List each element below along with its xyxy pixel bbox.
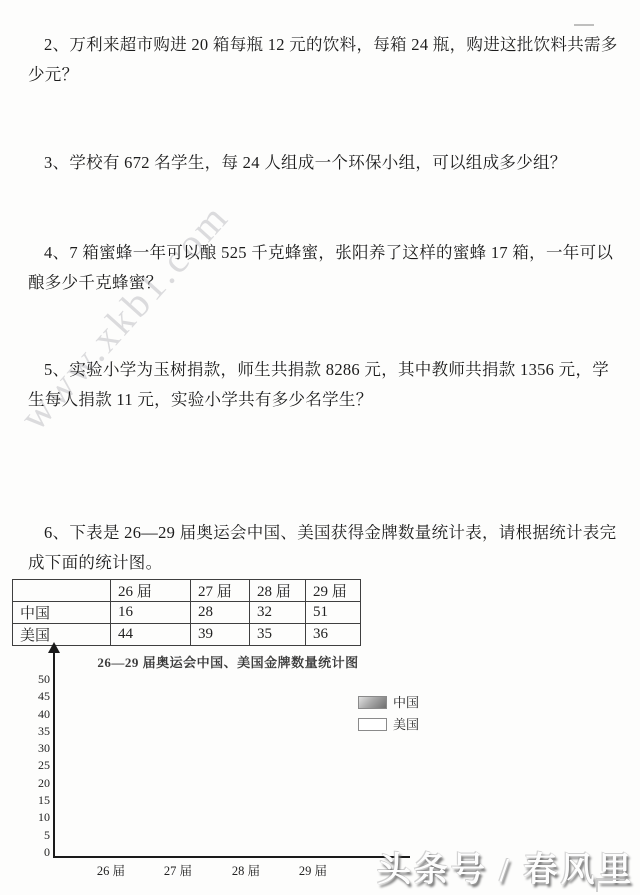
table-header-26: 26 届 [111, 580, 191, 602]
worksheet-page: www.xkb1.com 2、万利来超市购进 20 箱每瓶 12 元的饮料，每箱… [0, 0, 640, 895]
china-29: 51 [306, 602, 361, 624]
y-tick-20: 20 [18, 776, 50, 790]
y-tick-40: 40 [18, 707, 50, 721]
x-label-29: 29 届 [285, 861, 341, 879]
y-tick-0: 0 [18, 845, 50, 859]
x-label-28: 28 届 [218, 861, 274, 879]
table-header-28: 28 届 [250, 580, 306, 602]
corner-bracket-mark [596, 878, 620, 892]
question-4: 4、7 箱蜜蜂一年可以酿 525 千克蜂蜜，张阳养了这样的蜜蜂 17 箱，一年可… [28, 238, 620, 298]
medal-table: 26 届 27 届 28 届 29 届 中国 16 28 32 51 美国 44… [12, 579, 361, 646]
y-tick-15: 15 [18, 793, 50, 807]
legend-china-label: 中国 [393, 692, 419, 711]
chart-title: 26—29 届奥运会中国、美国金牌数量统计图 [58, 652, 398, 671]
question-5: 5、实验小学为玉树捐款，师生共捐款 8286 元，其中教师共捐款 1356 元，… [28, 355, 620, 415]
china-27: 28 [191, 602, 250, 624]
usa-27: 39 [191, 624, 250, 646]
row-label-china: 中国 [13, 602, 111, 624]
table-header-row: 26 届 27 届 28 届 29 届 [13, 580, 361, 602]
question-2: 2、万利来超市购进 20 箱每瓶 12 元的饮料，每箱 24 瓶，购进这批饮料共… [28, 30, 620, 90]
table-row-china: 中国 16 28 32 51 [13, 602, 361, 624]
table-header-27: 27 届 [191, 580, 250, 602]
y-tick-35: 35 [18, 724, 50, 738]
x-label-27: 27 届 [150, 861, 206, 879]
row-label-usa: 美国 [13, 624, 111, 646]
question-3: 3、学校有 672 名学生，每 24 人组成一个环保小组，可以组成多少组？ [28, 148, 620, 178]
usa-29: 36 [306, 624, 361, 646]
y-tick-10: 10 [18, 810, 50, 824]
legend-usa-swatch [358, 718, 387, 731]
china-26: 16 [111, 602, 191, 624]
question-6: 6、下表是 26—29 届奥运会中国、美国获得金牌数量统计表，请根据统计表完成下… [28, 518, 620, 578]
y-tick-45: 45 [18, 689, 50, 703]
usa-26: 44 [111, 624, 191, 646]
y-tick-25: 25 [18, 758, 50, 772]
legend-usa-label: 美国 [393, 714, 419, 733]
legend-china-swatch [358, 696, 387, 709]
china-28: 32 [250, 602, 306, 624]
usa-28: 35 [250, 624, 306, 646]
scan-dash-mark [574, 24, 594, 26]
y-tick-30: 30 [18, 741, 50, 755]
table-header-29: 29 届 [306, 580, 361, 602]
y-tick-50: 50 [18, 672, 50, 686]
x-label-26: 26 届 [83, 861, 139, 879]
x-axis-line [53, 856, 410, 858]
table-row-usa: 美国 44 39 35 36 [13, 624, 361, 646]
y-axis-line [53, 652, 55, 858]
table-header-blank [13, 580, 111, 602]
y-tick-5: 5 [18, 828, 50, 842]
